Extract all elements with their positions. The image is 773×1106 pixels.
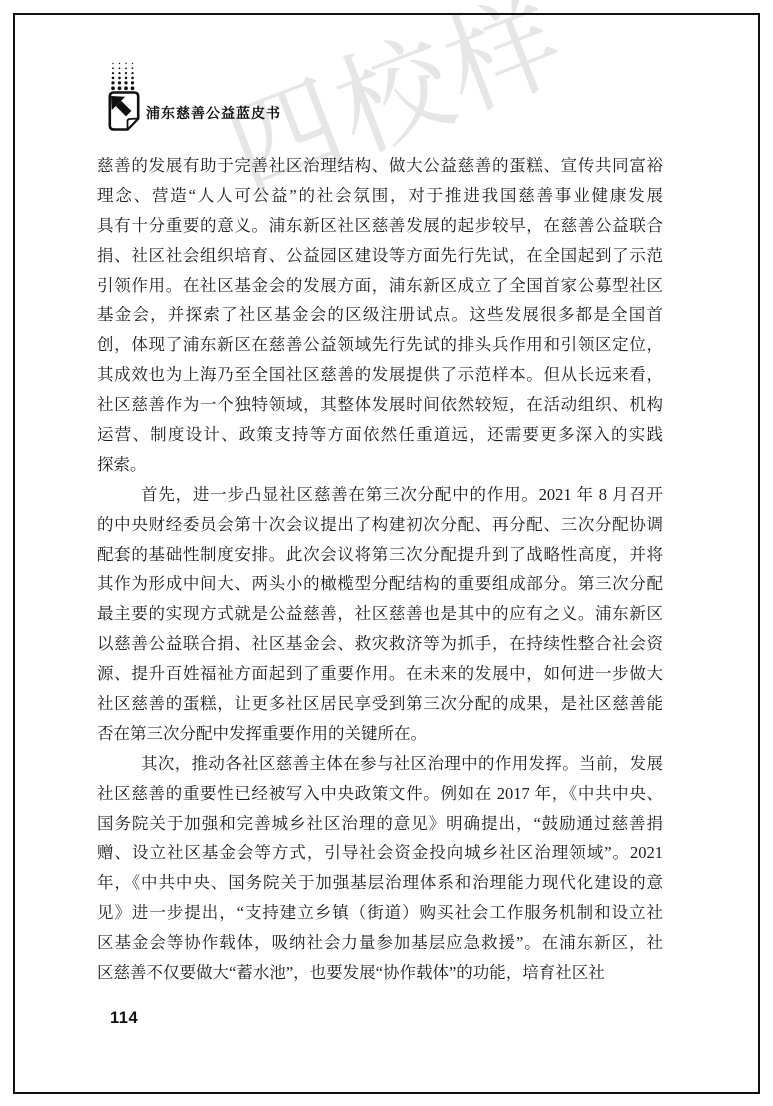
- paragraph-2: 首先，进一步凸显社区慈善在第三次分配中的作用。2021 年 8 月召开的中央财经…: [97, 480, 663, 749]
- text-line: 见》进一步提出，“支持建立乡镇（街道）购买社会工作服务机制和设立社: [97, 898, 663, 928]
- text-line: 的中央财经委员会第十次会议提出了构建初次分配、再分配、三次分配协调: [97, 510, 663, 540]
- paragraph-3: 其次，推动各社区慈善主体在参与社区治理中的作用发挥。当前，发展社区慈善的重要性已…: [97, 749, 663, 988]
- text-line: 国务院关于加强和完善城乡社区治理的意见》明确提出，“鼓励通过慈善捐: [97, 809, 663, 839]
- text-line: 社区慈善的蛋糕，让更多社区居民享受到第三次分配的成果，是社区慈善能: [97, 689, 663, 719]
- text-line: 其次，推动各社区慈善主体在参与社区治理中的作用发挥。当前，发展: [97, 749, 663, 779]
- text-line: 探索。: [97, 450, 663, 480]
- logo-title: 浦东慈善公益蓝皮书: [146, 103, 281, 123]
- text-line: 以慈善公益联合捐、社区基金会、救灾救济等为抓手，在持续性整合社会资: [97, 629, 663, 659]
- text-line: 社区慈善的重要性已经被写入中央政策文件。例如在 2017 年，《中共中央、: [97, 779, 663, 809]
- text-line: 社区慈善作为一个独特领域，其整体发展时间依然较短，在活动组织、机构: [97, 390, 663, 420]
- text-line: 运营、制度设计、政策支持等方面依然任重道远，还需要更多深入的实践: [97, 420, 663, 450]
- text-line: 赠、设立社区基金会等方式，引导社会资金投向城乡社区治理领域”。2021: [97, 838, 663, 868]
- text-line: 年，《中共中央、国务院关于加强基层治理体系和治理能力现代化建设的意: [97, 868, 663, 898]
- text-line: 理念、营造“人人可公益”的社会氛围，对于推进我国慈善事业健康发展: [97, 181, 663, 211]
- text-line: 区慈善不仅要做大“蓄水池”，也要发展“协作载体”的功能，培育社区社: [97, 958, 663, 988]
- text-line: 具有十分重要的意义。浦东新区社区慈善发展的起步较早，在慈善公益联合: [97, 211, 663, 241]
- text-line: 捐、社区社会组织培育、公益园区建设等方面先行先试，在全国起到了示范: [97, 241, 663, 271]
- text-line: 配套的基础性制度安排。此次会议将第三次分配提升到了战略性高度，并将: [97, 540, 663, 570]
- text-line: 区基金会等协作载体，吸纳社会力量参加基层应急救援”。在浦东新区，社: [97, 928, 663, 958]
- text-line: 引领作用。在社区基金会的发展方面，浦东新区成立了全国首家公募型社区: [97, 271, 663, 301]
- text-line: 创，体现了浦东新区在慈善公益领域先行先试的排头兵作用和引领区定位，: [97, 330, 663, 360]
- text-line: 基金会，并探索了社区基金会的区级注册试点。这些发展很多都是全国首: [97, 300, 663, 330]
- text-line: 首先，进一步凸显社区慈善在第三次分配中的作用。2021 年 8 月召开: [97, 480, 663, 510]
- dots-grid-icon: [111, 62, 135, 91]
- text-line: 其作为形成中间大、两头小的橄榄型分配结构的重要组成部分。第三次分配: [97, 569, 663, 599]
- text-line: 慈善的发展有助于完善社区治理结构、做大公益慈善的蛋糕、宣传共同富裕: [97, 151, 663, 181]
- page-number: 114: [110, 1009, 138, 1028]
- page-arrow-icon: [108, 91, 140, 131]
- text-line: 源、提升百姓福祉方面起到了重要作用。在未来的发展中，如何进一步做大: [97, 659, 663, 689]
- paragraph-1: 慈善的发展有助于完善社区治理结构、做大公益慈善的蛋糕、宣传共同富裕理念、营造“人…: [97, 151, 663, 480]
- body-text: 慈善的发展有助于完善社区治理结构、做大公益慈善的蛋糕、宣传共同富裕理念、营造“人…: [97, 151, 663, 988]
- text-line: 否在第三次分配中发挥重要作用的关键所在。: [97, 719, 663, 749]
- text-line: 最主要的实现方式就是公益慈善，社区慈善也是其中的应有之义。浦东新区: [97, 599, 663, 629]
- text-line: 其成效也为上海乃至全国社区慈善的发展提供了示范样本。但从长远来看，: [97, 360, 663, 390]
